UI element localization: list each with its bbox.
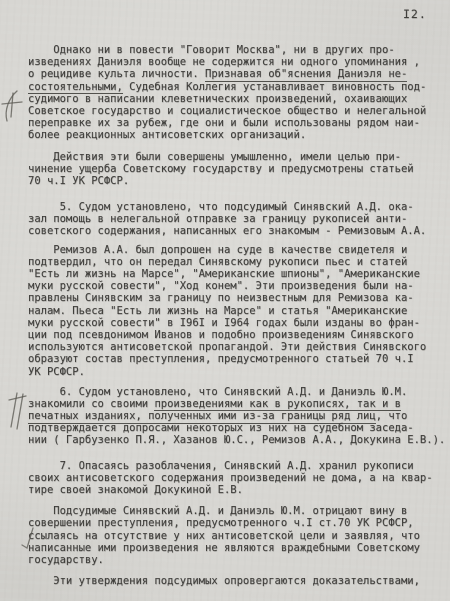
pencil-double-stroke-mark [8,391,30,433]
paragraph-4: Ремизов А.А. был допрошен на суде в каче… [28,244,450,378]
text-line: 6. Судом установлено, что Синявский А.Д.… [28,386,450,398]
paragraph-8: Эти утверждения подсудимых опровергаются… [28,575,450,587]
text-segment: написанные ими произведения не являются … [28,542,420,554]
pencil-bracket-mark [1,88,27,126]
text-segment: более реакционных антисоветских организа… [28,129,306,141]
text-line: 70 ч.I УК РСФСР. [28,175,450,187]
text-line: используются антисоветской пропагандой. … [28,341,450,353]
text-line: более реакционных антисоветских организа… [28,129,450,141]
text-line: подтверждается допросами некоторых из ни… [28,422,450,434]
text-line: ции под псевдонимом Иванов и подобно про… [28,329,450,341]
paragraph-6: 7. Опасаясь разоблачения, Синявский А.Д.… [28,460,450,497]
text-segment: зал помощь в нелегальной отправке за гра… [28,213,407,225]
text-line: Советское государство и социалистическое… [28,105,450,117]
text-segment: , что [376,410,408,422]
text-segment: своих антисоветского содержания произвед… [28,472,433,484]
text-segment: 5. Судом установлено, что подсудимый Син… [28,201,414,213]
text-segment: "Есть ли жизнь на Марсе", "Американские … [28,268,420,280]
text-line: о рецидиве культа личности. Признавая об… [28,68,450,80]
text-segment: советского содержания, написанных его зн… [28,225,426,237]
text-segment: муки русской совести", "Ход конем". Эти … [28,280,414,292]
text-segment: Подсудимые Синявский А.Д. и Даниэль Ю.М.… [28,505,407,517]
text-line: Эти утверждения подсудимых опровергаются… [28,575,450,587]
text-line: 5. Судом установлено, что подсудимый Син… [28,201,450,213]
text-line: советского содержания, написанных его зн… [28,225,450,237]
text-line: знакомили со своими произведениями как в… [28,398,450,410]
text-line: муки русской совести" в I96I и I964 года… [28,317,450,329]
text-line: своих антисоветского содержания произвед… [28,472,450,484]
text-line: печатных изданиях, полученных ими из-за … [28,410,450,422]
paragraph-7: Подсудимые Синявский А.Д. и Даниэль Ю.М.… [28,505,450,566]
text-segment: о рецидиве культа личности. [28,68,205,80]
paragraph-1: Однако ни в повести "Говорит Москва", ни… [28,44,450,142]
text-segment: образуют состав преступления, предусмотр… [28,353,414,365]
text-segment: Советское государство и социалистическое… [28,105,426,117]
text-segment: знакомили со своими [28,398,154,410]
text-line: Однако ни в повести "Говорит Москва", ни… [28,44,450,56]
text-segment: нии ( Гарбузенко П.Я., Хазанов Ю.С., Рем… [28,434,445,446]
text-segment: государству. [28,554,104,566]
text-segment: Ремизов А.А. был допрошен на суде в каче… [28,244,407,256]
text-segment: Судебная Коллегия устанавливает виновнос… [123,81,426,93]
text-line: изведениях Даниэля вообще не содержится … [28,56,450,68]
paragraph-2: Действия эти были совершены умышленно, и… [28,151,450,188]
text-line: состоятельными, Судебная Коллегия устана… [28,81,450,93]
text-segment: ссылаясь на отсутствие у них антисоветск… [28,530,420,542]
text-line: Ремизов А.А. был допрошен на суде в каче… [28,244,450,256]
text-line: нии ( Гарбузенко П.Я., Хазанов Ю.С., Рем… [28,434,450,446]
text-segment: чинение ущерба Советскому государству и … [28,163,414,175]
scanned-document-page: I2. Однако ни в повести "Говорит Москва"… [0,0,450,601]
text-line: судимого в написании клеветнических прои… [28,93,450,105]
text-line: муки русской совести", "Ход конем". Эти … [28,280,450,292]
text-segment: 7. Опасаясь разоблачения, Синявский А.Д.… [28,460,414,472]
text-segment: подтверждается допросами некоторых из ни… [28,422,414,434]
text-segment: переправке их за рубеж, где они и были и… [28,117,420,129]
text-line: зал помощь в нелегальной отправке за гра… [28,213,450,225]
text-line: налам. Пьеса "Есть ли жизнь на Марсе" и … [28,305,450,317]
text-line: переправке их за рубеж, где они и были и… [28,117,450,129]
text-line: "Есть ли жизнь на Марсе", "Американские … [28,268,450,280]
text-line: написанные ими произведения не являются … [28,542,450,554]
text-segment: 6. Судом установлено, что Синявский А.Д.… [28,386,407,398]
text-line: подтвердил, что он передал Синявскому ру… [28,256,450,268]
text-segment: ции под псевдонимом Иванов и подобно про… [28,329,414,341]
text-segment: муки русской совести" в I96I и I964 года… [28,317,420,329]
text-segment: судимого в написании клеветнических прои… [28,93,407,105]
text-segment: Действия эти были совершены умышленно, и… [28,151,401,163]
text-segment: подтвердил, что он передал Синявскому ру… [28,256,407,268]
page-number: I2. [403,7,427,21]
text-line: 7. Опасаясь разоблачения, Синявский А.Д.… [28,460,450,472]
text-segment: УК РСФСР. [28,366,85,378]
text-segment: используются антисоветской пропагандой. … [28,341,426,353]
text-line: УК РСФСР. [28,366,450,378]
text-line: ссылаясь на отсутствие у них антисоветск… [28,530,450,542]
text-line: образуют состав преступления, предусмотр… [28,353,450,365]
text-segment: тире своей знакомой Докукиной Е.В. [28,484,243,496]
text-line: правлены Синявским за границу по неизвес… [28,292,450,304]
text-segment: налам. Пьеса "Есть ли жизнь на Марсе" и … [28,305,407,317]
paragraph-5: 6. Судом установлено, что Синявский А.Д.… [28,386,450,447]
text-line: Подсудимые Синявский А.Д. и Даниэль Ю.М.… [28,505,450,517]
text-segment: 70 ч.I УК РСФСР. [28,175,129,187]
text-line: чинение ущерба Советскому государству и … [28,163,450,175]
text-segment: правлены Синявским за границу по неизвес… [28,292,414,304]
text-segment: Эти утверждения подсудимых опровергаются… [28,575,420,587]
text-segment: Однако ни в повести "Говорит Москва", ни… [28,44,395,56]
text-segment: изведениях Даниэля вообще не содержится … [28,56,420,68]
text-line: тире своей знакомой Докукиной Е.В. [28,484,450,496]
text-line: совершении преступления, предусмотренног… [28,517,450,529]
document-body: Однако ни в повести "Говорит Москва", ни… [28,44,450,587]
text-segment: совершении преступления, предусмотренног… [28,517,414,529]
text-line: Действия эти были совершены умышленно, и… [28,151,450,163]
paragraph-3: 5. Судом установлено, что подсудимый Син… [28,201,450,238]
text-line: государству. [28,554,450,566]
